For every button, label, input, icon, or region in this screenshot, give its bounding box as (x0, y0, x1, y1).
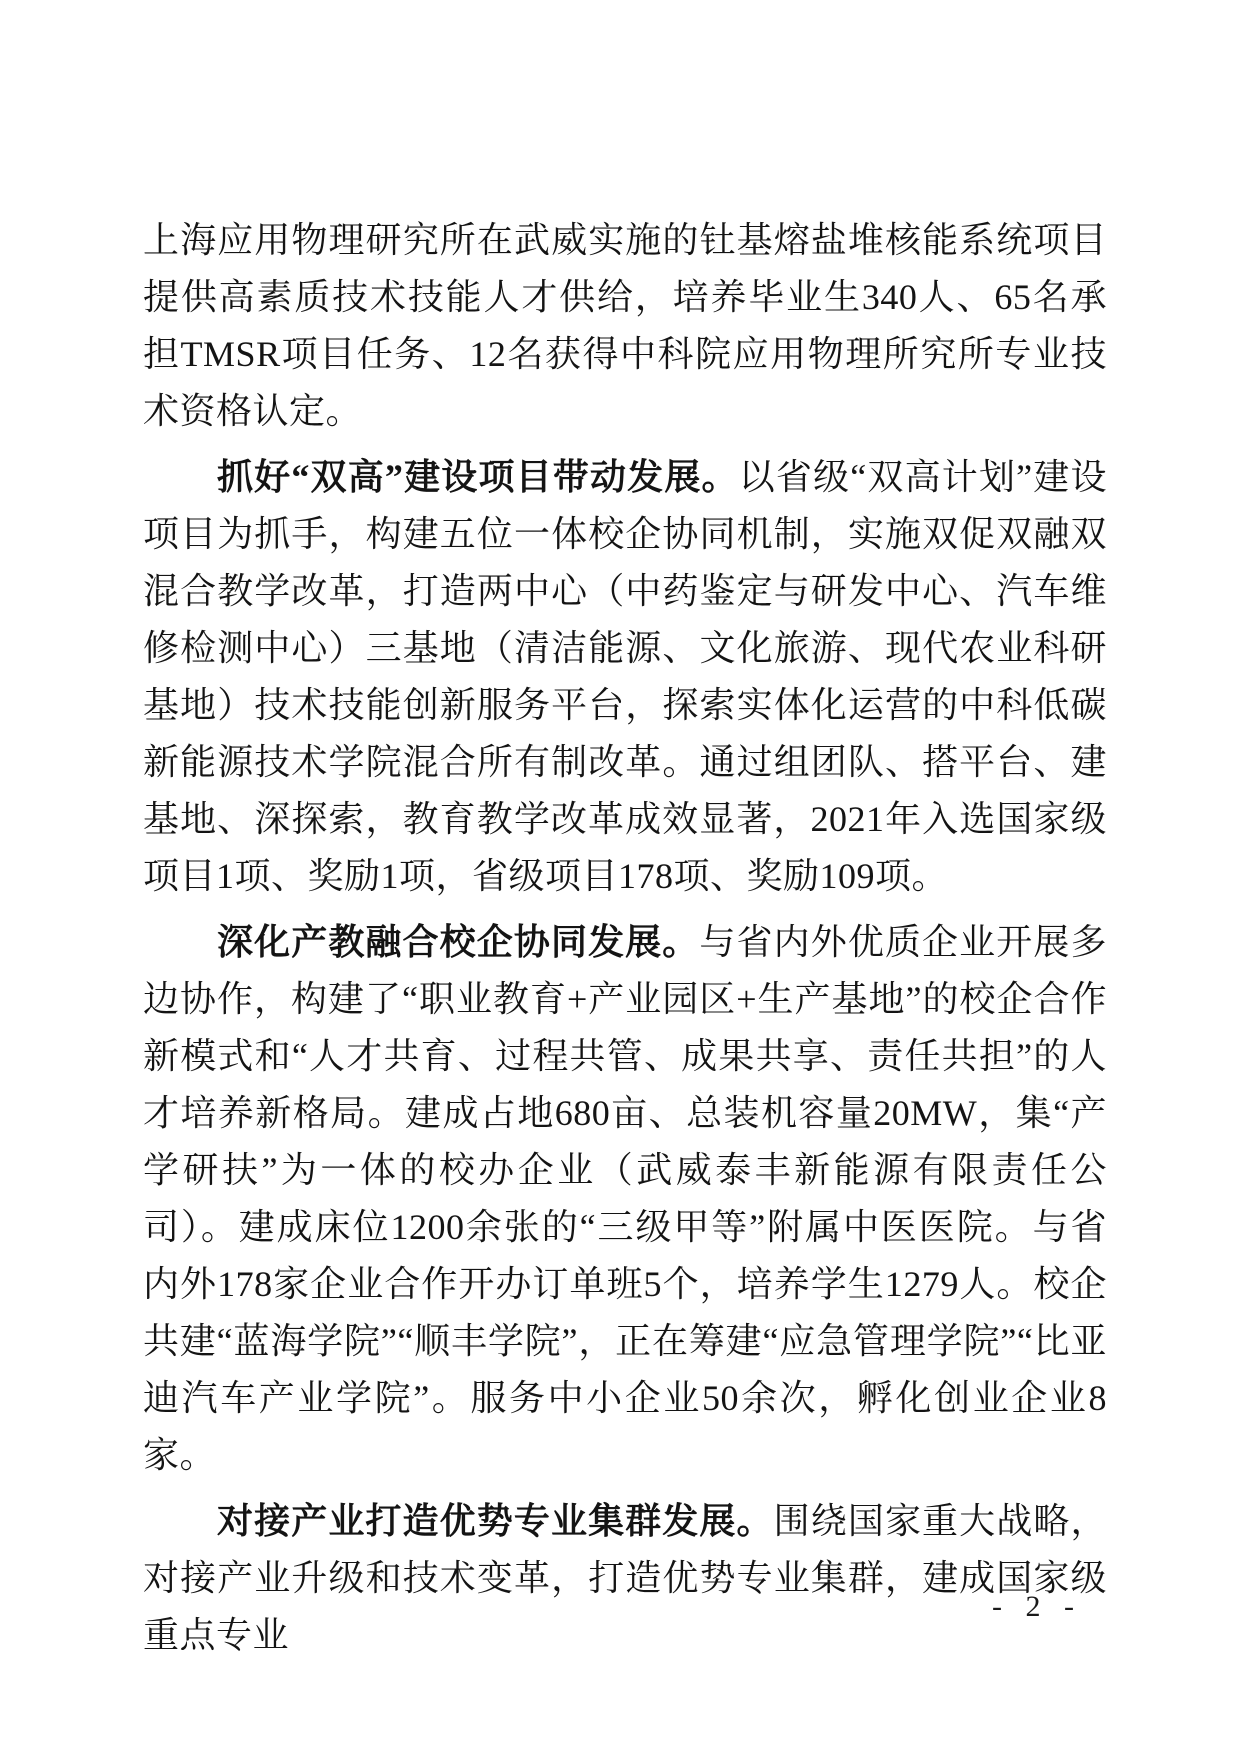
page-number: - 2 - (992, 1590, 1082, 1624)
paragraph-bold-lead: 深化产教融合校企协同发展。 (217, 922, 699, 962)
paragraph: 深化产教融合校企协同发展。与省内外优质企业开展多边协作，构建了“职业教育+产业园… (143, 914, 1107, 1484)
paragraph-bold-lead: 抓好“双高”建设项目带动发展。 (217, 457, 739, 497)
paragraph-text: 与省内外优质企业开展多边协作，构建了“职业教育+产业园区+生产基地”的校企合作新… (143, 922, 1107, 1475)
paragraph-bold-lead: 对接产业打造优势专业集群发展。 (217, 1501, 774, 1541)
document-body: 上海应用物理研究所在武威实施的钍基熔盐堆核能系统项目提供高素质技术技能人才供给，… (143, 212, 1107, 1664)
paragraph: 对接产业打造优势专业集群发展。围绕国家重大战略，对接产业升级和技术变革，打造优势… (143, 1493, 1107, 1664)
paragraph: 上海应用物理研究所在武威实施的钍基熔盐堆核能系统项目提供高素质技术技能人才供给，… (143, 212, 1107, 440)
document-page: 上海应用物理研究所在武威实施的钍基熔盐堆核能系统项目提供高素质技术技能人才供给，… (0, 0, 1240, 1754)
paragraph: 抓好“双高”建设项目带动发展。以省级“双高计划”建设项目为抓手，构建五位一体校企… (143, 449, 1107, 905)
paragraph-text: 以省级“双高计划”建设项目为抓手，构建五位一体校企协同机制，实施双促双融双混合教… (143, 457, 1107, 896)
paragraph-text: 上海应用物理研究所在武威实施的钍基熔盐堆核能系统项目提供高素质技术技能人才供给，… (143, 220, 1107, 431)
